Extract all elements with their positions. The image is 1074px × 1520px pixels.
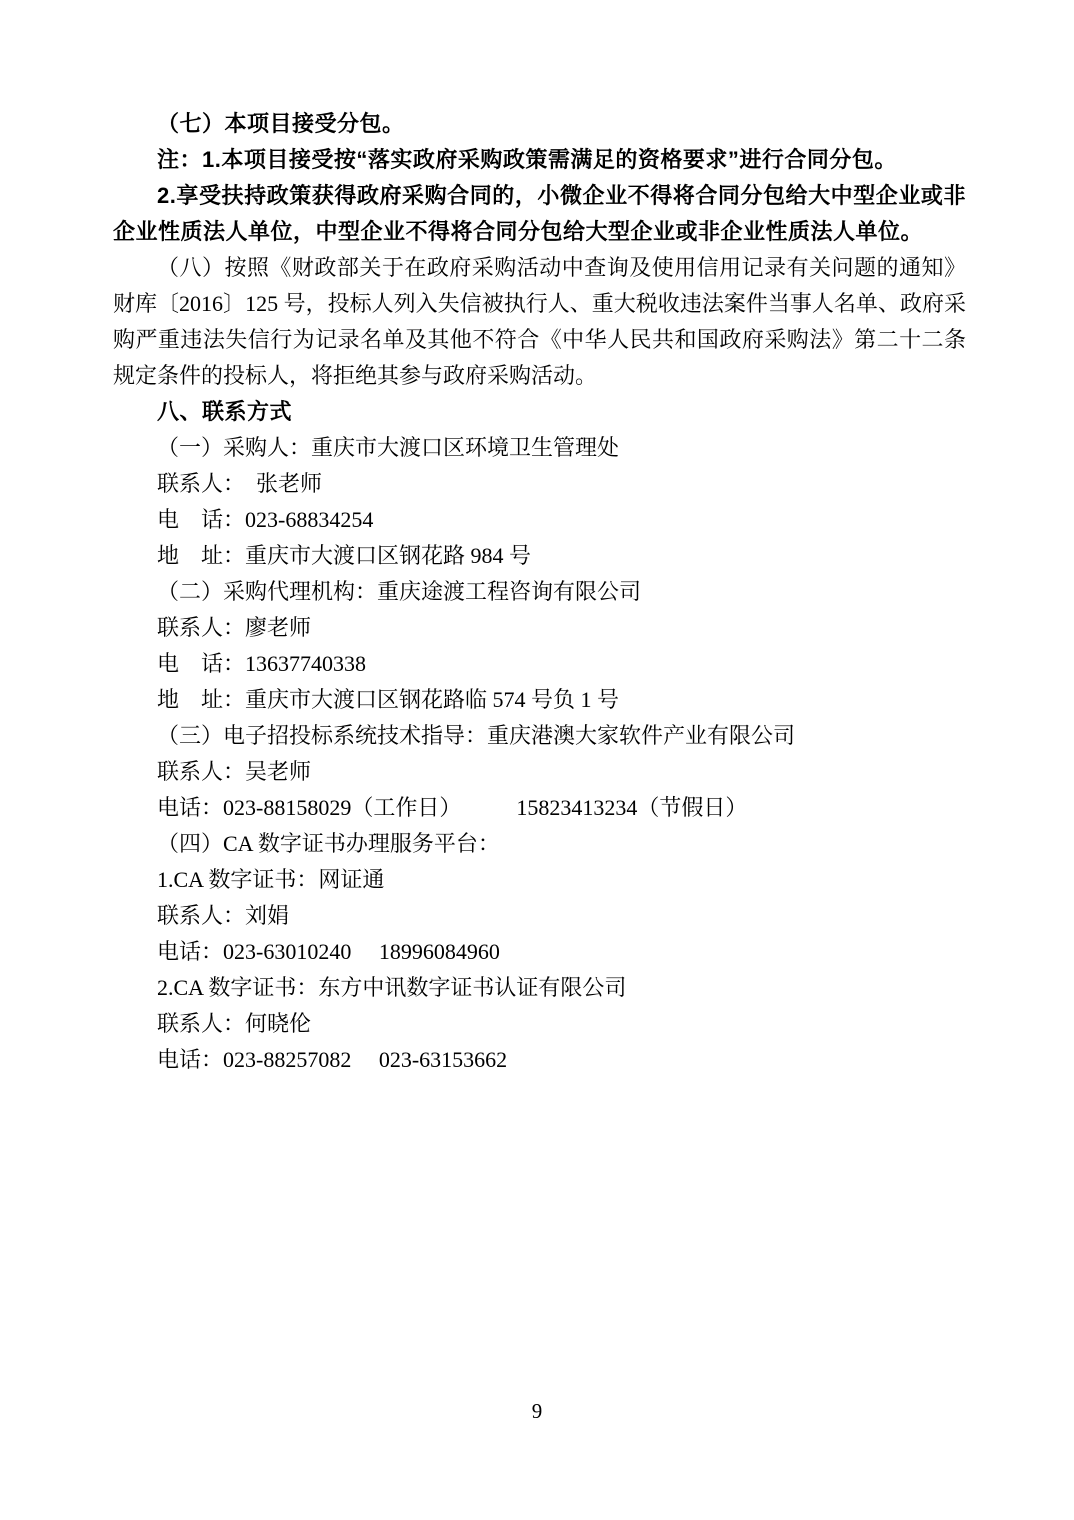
- para-subcontract-accepted: （七）本项目接受分包。: [113, 106, 966, 142]
- line-ebidding-support: （三）电子招投标系统技术指导：重庆港澳大家软件产业有限公司: [113, 718, 966, 754]
- document-body: （七）本项目接受分包。 注：1.本项目接受按“落实政府采购政策需满足的资格要求”…: [113, 106, 966, 1078]
- line-agency-address: 地 址：重庆市大渡口区钢花路临 574 号负 1 号: [113, 682, 966, 718]
- line-purchaser-contact: 联系人： 张老师: [113, 466, 966, 502]
- line-ca1-contact: 联系人：刘娟: [113, 898, 966, 934]
- line-ebidding-contact: 联系人：吴老师: [113, 754, 966, 790]
- line-agency-contact: 联系人：廖老师: [113, 610, 966, 646]
- para-note-2: 2.享受扶持政策获得政府采购合同的，小微企业不得将合同分包给大中型企业或非企业性…: [113, 178, 966, 250]
- line-ca1-phone: 电话：023-63010240 18996084960: [113, 934, 966, 970]
- para-credit-record-policy: （八）按照《财政部关于在政府采购活动中查询及使用信用记录有关问题的通知》财库〔2…: [113, 250, 966, 394]
- para-note-1: 注：1.本项目接受按“落实政府采购政策需满足的资格要求”进行合同分包。: [113, 142, 966, 178]
- line-ebidding-phone: 电话：023-88158029（工作日） 15823413234（节假日）: [113, 790, 966, 826]
- line-ca-platform: （四）CA 数字证书办理服务平台：: [113, 826, 966, 862]
- line-ca2-contact: 联系人：何晓伦: [113, 1006, 966, 1042]
- line-purchaser: （一）采购人：重庆市大渡口区环境卫生管理处: [113, 430, 966, 466]
- line-agency-phone: 电 话：13637740338: [113, 646, 966, 682]
- document-page: （七）本项目接受分包。 注：1.本项目接受按“落实政府采购政策需满足的资格要求”…: [0, 0, 1074, 1520]
- line-purchaser-phone: 电 话：023-68834254: [113, 502, 966, 538]
- line-ca2-name: 2.CA 数字证书：东方中讯数字证书认证有限公司: [113, 970, 966, 1006]
- page-number: 9: [0, 1396, 1074, 1426]
- line-agency: （二）采购代理机构：重庆途渡工程咨询有限公司: [113, 574, 966, 610]
- line-ca1-name: 1.CA 数字证书：网证通: [113, 862, 966, 898]
- heading-contact-info: 八、联系方式: [113, 394, 966, 430]
- line-purchaser-address: 地 址：重庆市大渡口区钢花路 984 号: [113, 538, 966, 574]
- line-ca2-phone: 电话：023-88257082 023-63153662: [113, 1042, 966, 1078]
